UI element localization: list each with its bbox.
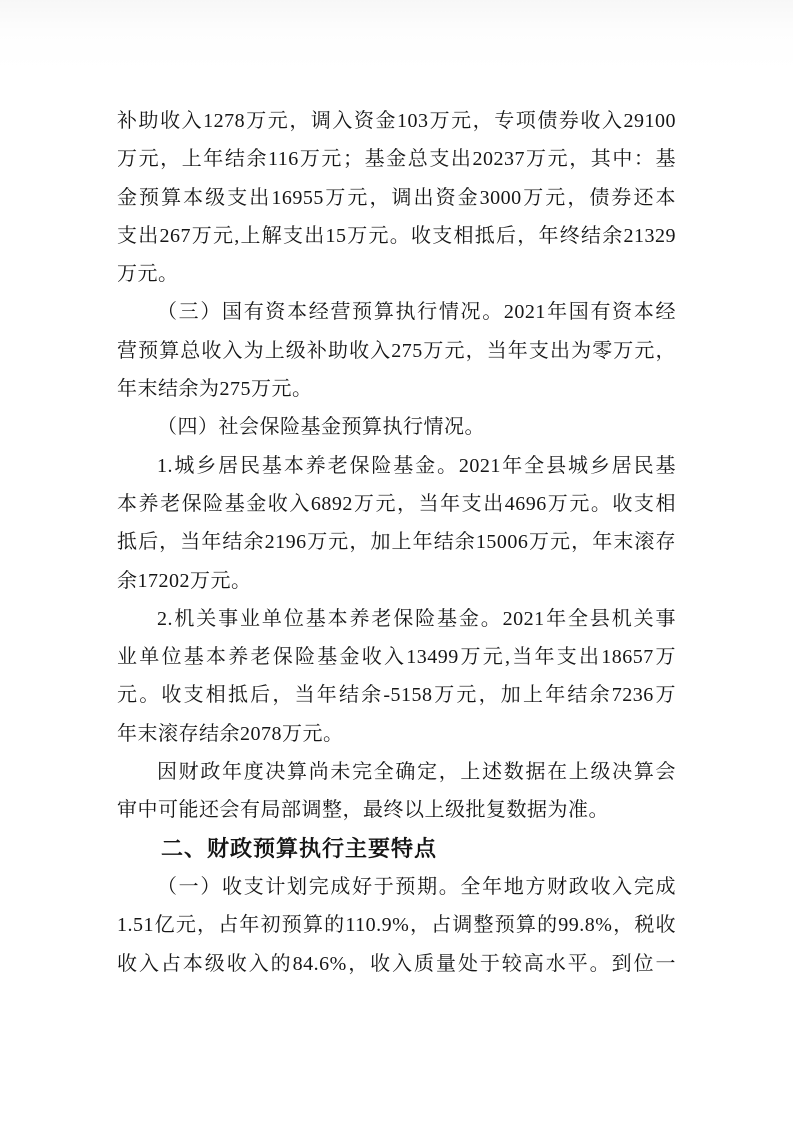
text-line: 2.机关事业单位基本养老保险基金。2021年全县机关事 — [117, 600, 676, 638]
text-line: 支出267万元,上解支出15万元。收支相抵后，年终结余21329 — [117, 217, 676, 255]
text-line: 审中可能还会有局部调整，最终以上级批复数据为准。 — [117, 791, 676, 829]
text-line: 余17202万元。 — [117, 562, 676, 600]
heading-line: 二、财政预算执行主要特点 — [117, 830, 676, 868]
paragraph: 补助收入1278万元，调入资金103万元，专项债券收入29100万元，上年结余1… — [117, 102, 676, 293]
text-line: （四）社会保险基金预算执行情况。 — [117, 408, 676, 446]
text-line: （三）国有资本经营预算执行情况。2021年国有资本经 — [117, 293, 676, 331]
text-line: （一）收支计划完成好于预期。全年地方财政收入完成 — [117, 868, 676, 906]
text-line: 1.51亿元，占年初预算的110.9%，占调整预算的99.8%，税收 — [117, 906, 676, 944]
text-line: 因财政年度决算尚未完全确定，上述数据在上级决算会 — [117, 753, 676, 791]
document-body: 补助收入1278万元，调入资金103万元，专项债券收入29100万元，上年结余1… — [117, 102, 676, 983]
text-line: 抵后，当年结余2196万元，加上年结余15006万元，年末滚存结 — [117, 523, 676, 561]
text-line: 年末滚存结余2078万元。 — [117, 715, 676, 753]
text-line: 营预算总收入为上级补助收入275万元，当年支出为零万元， — [117, 332, 676, 370]
paragraph: （一）收支计划完成好于预期。全年地方财政收入完成1.51亿元，占年初预算的110… — [117, 868, 676, 983]
text-line: 1.城乡居民基本养老保险基金。2021年全县城乡居民基 — [117, 447, 676, 485]
text-line: 补助收入1278万元，调入资金103万元，专项债券收入29100 — [117, 102, 676, 140]
text-line: 万元，上年结余116万元；基金总支出20237万元，其中：基 — [117, 140, 676, 178]
paragraph: 2.机关事业单位基本养老保险基金。2021年全县机关事业单位基本养老保险基金收入… — [117, 600, 676, 753]
text-line: 金预算本级支出16955万元，调出资金3000万元，债券还本 — [117, 179, 676, 217]
text-line: 本养老保险基金收入6892万元，当年支出4696万元。收支相 — [117, 485, 676, 523]
paragraph: （四）社会保险基金预算执行情况。 — [117, 408, 676, 446]
paragraph: 因财政年度决算尚未完全确定，上述数据在上级决算会审中可能还会有局部调整，最终以上… — [117, 753, 676, 830]
paragraph: 1.城乡居民基本养老保险基金。2021年全县城乡居民基本养老保险基金收入6892… — [117, 447, 676, 600]
text-line: 业单位基本养老保险基金收入13499万元,当年支出18657万 — [117, 638, 676, 676]
paragraph: （三）国有资本经营预算执行情况。2021年国有资本经营预算总收入为上级补助收入2… — [117, 293, 676, 408]
section-heading: 二、财政预算执行主要特点 — [117, 830, 676, 868]
text-line: 收入占本级收入的84.6%，收入质量处于较高水平。到位一 — [117, 945, 676, 983]
text-line: 万元。 — [117, 255, 676, 293]
text-line: 年末结余为275万元。 — [117, 370, 676, 408]
text-line: 元。收支相抵后，当年结余-5158万元，加上年结余7236万元， — [117, 676, 676, 714]
document-page: 补助收入1278万元，调入资金103万元，专项债券收入29100万元，上年结余1… — [0, 0, 793, 1122]
